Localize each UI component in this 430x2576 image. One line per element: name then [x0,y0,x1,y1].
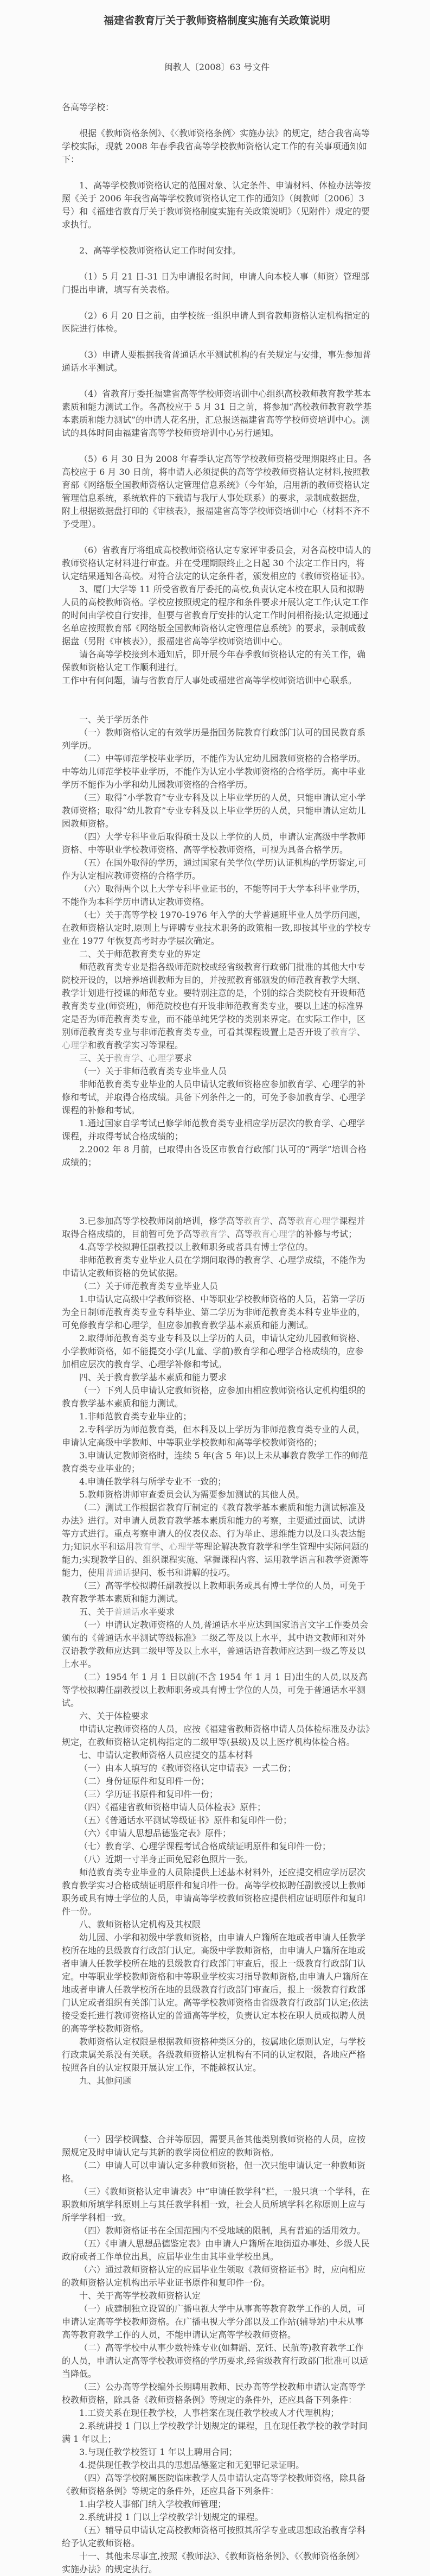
paragraph: （一）关于非师范教育类专业毕业人员 [62,1065,372,1078]
keyword-link: 教育学 [114,1053,140,1063]
paragraph: 2.系统讲授 1 门以上学校教学计划规定的课程。 [62,2511,372,2524]
paragraph-spacer [62,531,372,544]
paragraph: 1.通过国家自学考试已修学师范教育类专业相应学历层次的教育学、心理学课程，并取得… [62,1117,372,1143]
paragraph: 请各高等学校接到本通知后，即开展今年春季教师资格认定的有关工作，确保教师资格认定… [62,648,372,674]
paragraph-spacer [62,687,372,713]
section-heading: 七、申请认定教师资格人员应提交的基本材料 [62,1749,372,1762]
document-number: 闽教人〔2008〕63 号文件 [62,61,372,74]
paragraph: 2、高等学校教师资格认定工作时间安排。 [62,244,372,257]
paragraph: 3.与现任教学校签订 1 年以上聘用合同； [62,2446,372,2459]
paragraph: 非师范教育类专业毕业的人员申请认定教师资格应参加教育学、心理学的补修和考试，并取… [62,1078,372,1117]
paragraph: （一）由本人填写的《教师资格认定申请表》一式二份； [62,1762,372,1775]
paragraph: （1）5 月 21 日-31 日为申请报名时间，申请人向本校人事（师资）管理部门… [62,270,372,296]
salutation: 各高等学校： [62,101,372,114]
paragraph: （四）高等学校附属医院临床教学人员申请认定高等学校教师资格，除具备《教师资格条例… [62,2472,372,2498]
paragraph: 师范教育类专业是指各级师范院校或经省级教育行政部门批准的其他大中专院校开设的，以… [62,961,372,1052]
keyword-link: 心理学 [149,1053,175,1063]
paragraph: （八）近期一寸半身正面免冠彩色照片一张。 [62,1853,372,1866]
section-heading: 三、关于教育学、心理学要求 [62,1052,372,1065]
paragraph: （五）辅导员申请认定高校教师资格可按照其所学专业或思想政治教育学科给予认定教师资… [62,2524,372,2550]
paragraph: （一）因学校调整、合并等原因，需要具备其他类别教师资格的人员，应按照规定及时申请… [62,2133,372,2159]
paragraph: 2.取得师范教育类专业专科及以上学历的人员，申请认定幼儿园教师资格、小学教师资格… [62,1332,372,1371]
paragraph: 1.由学校人事部门纳入学校教师管理； [62,2498,372,2511]
keyword-link: 普通话 [114,1607,140,1617]
keyword-link: 教育心理学 [296,1216,339,1226]
paragraph: 幼儿园、小学和初级中学教师资格，由申请人户籍所在地或者申请人任教学校所在地的县级… [62,1931,372,2035]
keyword-link: 教育心理学 [253,1229,296,1239]
paragraph-spacer [62,335,372,348]
paragraph: 1.申请认定高级中学教师资格、中等职业学校教师资格的人员，若第一学历为全日制师范… [62,1293,372,1332]
paragraph: 申请认定教师资格的人员，应按《福建省教师资格申请人员体检标准及办法》规定，在教师… [62,1723,372,1749]
keyword-link: 教育学 [331,1027,357,1037]
paragraph: 4.高等学校拟聘任副教授以上教师职务或者具有博士学位的。 [62,1241,372,1254]
paragraph: 3.已参加高等学校教师岗前培训，修学高等教育学、高等教育心理学课程并取得合格成绩… [62,1215,372,1241]
keyword-link: 心理学 [270,1229,296,1239]
paragraph: 5.教师资格讲师审查委员会认为需要参加测试的其他人员。 [62,1488,372,1501]
paragraph: （四）教师资格证书在全国范围内不受地域的限制，具有普遍的适用效力。 [62,2224,372,2237]
paragraph-spacer [62,296,372,309]
paragraph: （一）成建制独立设置的广播电视大学中从事高等教育教学工作的人员，可申请认定高等学… [62,2302,372,2342]
paragraph-spacer [62,2088,372,2133]
paragraph: （二）高等学校中从事少数特殊专业(如舞蹈、烹饪、民航等)教育教学工作的人员，申请… [62,2342,372,2381]
paragraph: 2.专科学历为师范教育类，但本科及以上学历为非师范教育类专业的人员，申请认定高级… [62,1423,372,1449]
paragraph-spacer [62,166,372,179]
paragraph: 4.申请任教学科与所学专业不一致的； [62,1475,372,1488]
paragraph: 3.申请认定教师资格时，连续 5 年(含 5 年)以上未从事教育教学工作的师范教… [62,1449,372,1475]
paragraph: （六）取得两个以上大学专科毕业证书的，不能等同于大学本科毕业学历，不能作为本科学… [62,883,372,909]
section-heading: 四、关于教育教学基本素质和能力要求 [62,1371,372,1384]
section-heading: 五、关于普通话水平要求 [62,1606,372,1619]
document-page: 福建省教育厅关于教师资格制度实施有关政策说明 闽教人〔2008〕63 号文件 各… [62,0,372,2576]
paragraph: 教师资格认定权限是根据教师资格种类区分的，按属地化原则认定，与学校行政隶属关系没… [62,2035,372,2074]
paragraph: （三）公办高等学校编外长期聘用教师、民办高等学校教师申请认定高等学校教师资格，除… [62,2381,372,2407]
section-heading: 十一、其他未尽事宜,按照《教师法》、《教师资格条例》、《〈教师资格条例〉实施办法… [62,2550,372,2576]
paragraph: （三）高等学校拟聘任副教授以上教师职务或具有博士学位的人员，可免于教育教学基本素… [62,1579,372,1606]
paragraph: （五）在国外取得的学历，通过国家有关学位(学历)认证机构的学历鉴定,可作为认定相… [62,856,372,883]
paragraph: （4）省教育厅委托福建省高等学校师资培训中心组织高校教师教育教学基本素质和能力测… [62,388,372,440]
section-heading: 六、关于体检要求 [62,1710,372,1723]
paragraph-spacer [62,375,372,388]
paragraph: （七）教育学、心理学课程考试合格成绩证明原件和复印件一份； [62,1840,372,1853]
paragraph: （一）申请认定教师资格的人员,普通话水平应达到国家语言文字工作委员会颁布的《普通… [62,1619,372,1671]
paragraph: （二）1954 年 1 月 1 日以前(不含 1954 年 1 月 1 日)出生… [62,1671,372,1710]
keyword-link: 教育学 [243,1216,269,1226]
paragraph: （四）大学专科毕业后取得硕士及以上学位的人员，申请认定高级中学教师资格、中等职业… [62,830,372,856]
paragraph: （二）身份证原件和复印件一份； [62,1775,372,1788]
paragraph: （三）《教师资格认定申请表》中“申请任教学科”栏，一般只填一个学科，在职教师所填… [62,2185,372,2224]
section-heading: 一、关于学历条件 [62,713,372,726]
paragraph: （6）省教育厅将组成高校教师资格认定专家评审委员会，对各高校申请人的教师资格认定… [62,544,372,583]
paragraph: 2.系统讲授 1 门以上学校教学计划规定的课程，且在现任教学校的教学时间满 1 … [62,2420,372,2446]
paragraph: （二）关于师范教育类专业毕业人员 [62,1280,372,1293]
paragraph: （二）测试工作根据省教育厅制定的《教育教学基本素质和能力测试标准及办法》进行。对… [62,1501,372,1579]
paragraph: 4.提供现任教学校出具的思想品德鉴定和无犯罪记录证明。 [62,2459,372,2472]
paragraph: （二）中等师范学校毕业学历，不能作为认定幼儿园教师资格的合格学历。中等幼儿师范学… [62,752,372,791]
paragraph-spacer [62,1169,372,1215]
keyword-link: 心理学 [62,1040,88,1050]
paragraph: 3、厦门大学等 11 所受省教育厅委托的高校,负责认定本校在职人员和拟聘人员的高… [62,583,372,648]
keyword-link: 心理学 [169,1541,195,1552]
section-heading: 十、关于高等学校教师资格认定 [62,2289,372,2302]
paragraph: （5）6 月 30 日为 2008 年春季认定高等学校教师资格受理期限终止日。各… [62,453,372,531]
paragraph: （三）学历证书原件和复印件一份； [62,1788,372,1801]
keyword-link: 教育学 [201,1229,227,1239]
document-title: 福建省教育厅关于教师资格制度实施有关政策说明 [62,14,372,27]
paragraph: （3）申请人要根据我省普通话水平测试机构的有关规定与安排，事先参加普通话水平测试… [62,348,372,375]
paragraph: （2）6 月 20 日之前，由学校统一组织申请人到省教师资格认定机构指定的医院进… [62,309,372,335]
keyword-link: 普通话 [105,1568,131,1578]
paragraph-spacer [62,440,372,453]
paragraph: 工作中有何问题，请与省教育厅人事处或福建省高等学校师资培训中心联系。 [62,674,372,687]
keyword-link: 教育学 [134,1541,160,1552]
paragraph: 1、高等学校教师资格认定的范围对象、认定条件、申请材料、体检办法等按照《关于 2… [62,179,372,231]
paragraph: （四）《福建省教师资格申请人员体检表》原件； [62,1801,372,1814]
paragraph-spacer [62,257,372,270]
paragraph: （三）取得“小学教育”专业专科及以上毕业学历的人员，只能申请认定小学教师资格；取… [62,791,372,830]
paragraph-spacer [62,231,372,244]
paragraph: （六）《申请人思想品德鉴定表》原件； [62,1827,372,1840]
paragraph: （七）关于高等学校 1970-1976 年入学的大学普通班毕业人员学历问题，在教… [62,909,372,948]
paragraph: （五）《申请人思想品德鉴定表》由申请人户籍所在地街道办事处、乡级人民政府或者工作… [62,2237,372,2263]
paragraph: （五）《普通话水平测试等级证书》原件和复印件一份； [62,1814,372,1827]
section-heading: 九、其他问题 [62,2074,372,2088]
paragraph: （一）下列人员申请认定教师资格，应参加由相应教师资格认定机构组织的教育教学基本素… [62,1384,372,1410]
paragraph: 根据《教师资格条例》、《〈教师资格条例〉实施办法》的规定，结合我省高等学校实际，… [62,127,372,166]
paragraph: 2.2002 年 8 月前，已取得由各设区市教育行政部门认可的“两学”培训合格成… [62,1143,372,1169]
keyword-link: 心理学 [313,1216,339,1226]
paragraph: （二）申请人可以申请认定多种教师资格，但一次只能申请认定一种教师资格。 [62,2159,372,2185]
paragraph: （六）通过教师资格认定的应届毕业生领取《教师资格证书》时，应向相应的教师资格认定… [62,2263,372,2289]
paragraph: 1.工资关系在现任教学校，人事档案在现任教学校或人才代理机构； [62,2407,372,2420]
paragraph: （一）教师资格认定的有效学历是指国务院教育行政部门认可的国民教育系列学历。 [62,726,372,752]
paragraph: 非师范教育类专业毕业人员在学期间取得的教育学、心理学成绩，不能作为申请认定教师资… [62,1254,372,1280]
paragraph: 1.非师范教育类专业毕业的； [62,1410,372,1423]
document-body: 根据《教师资格条例》、《〈教师资格条例〉实施办法》的规定，结合我省高等学校实际，… [62,127,372,2576]
section-heading: 二、关于师范教育类专业的界定 [62,948,372,961]
paragraph: 师范教育类专业毕业的人员除提供上述基本材料外，还应提交相应学历层次教育教学实习合… [62,1866,372,1918]
section-heading: 八、教师资格认定机构及其权限 [62,1918,372,1931]
